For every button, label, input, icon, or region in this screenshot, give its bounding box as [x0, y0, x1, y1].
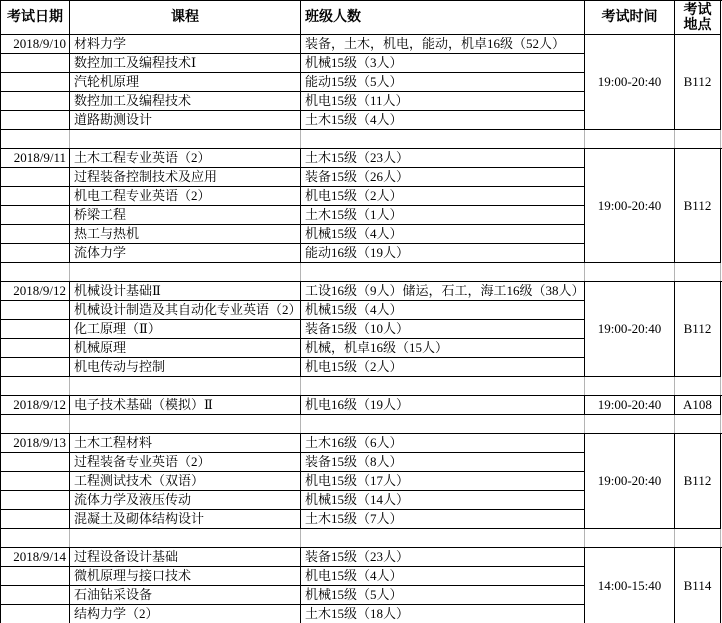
separator-cell — [1, 130, 70, 148]
table-row: 机电传动与控制机电15级（2人） — [1, 358, 585, 377]
exam-time-cell: 19:00-20:40 — [585, 434, 675, 529]
exam-location-cell: B114 — [675, 548, 721, 623]
class-size-cell: 机械15级（14人） — [301, 491, 585, 510]
course-cell: 道路勘测设计 — [70, 111, 301, 130]
header-class-size: 班级人数 — [301, 1, 585, 35]
date-cell — [1, 168, 70, 187]
date-cell: 2018/9/11 — [1, 149, 70, 168]
separator-cell — [70, 263, 301, 281]
course-cell: 汽轮机原理 — [70, 73, 301, 92]
course-cell: 机械设计制造及其自动化专业英语（2） — [70, 301, 301, 320]
class-size-cell: 装备15级（10人） — [301, 320, 585, 339]
date-cell: 2018/9/12 — [1, 282, 70, 301]
date-cell — [1, 358, 70, 377]
table-row: 2018/9/14过程设备设计基础装备15级（23人） — [1, 548, 585, 567]
course-cell: 石油钻采设备 — [70, 586, 301, 605]
class-size-cell: 机械15级（3人） — [301, 54, 585, 73]
date-cell: 2018/9/13 — [1, 434, 70, 453]
header-exam-location: 考试地点 — [675, 1, 721, 35]
separator-cell — [585, 529, 675, 547]
course-cell: 机械原理 — [70, 339, 301, 358]
exam-location-cell: B112 — [675, 35, 721, 130]
class-size-cell: 机电15级（4人） — [301, 567, 585, 586]
separator-cell — [1, 377, 70, 395]
exam-location-cell: A108 — [675, 396, 721, 415]
separator-cell — [675, 377, 721, 395]
date-cell — [1, 339, 70, 358]
separator-cell — [1, 415, 70, 433]
date-cell: 2018/9/12 — [1, 396, 70, 415]
exam-time-cell: 19:00-20:40 — [585, 282, 675, 377]
course-cell: 机电工程专业英语（2） — [70, 187, 301, 206]
date-cell — [1, 567, 70, 586]
exam-time-cell: 19:00-20:40 — [585, 149, 675, 263]
date-cell — [1, 225, 70, 244]
class-size-cell: 机械15级（4人） — [301, 225, 585, 244]
separator-cell — [301, 263, 585, 281]
date-block-2018-9-12: 2018/9/12电子技术基础（模拟）Ⅱ机电16级（19人）19:00-20:4… — [1, 396, 722, 415]
date-block-rows: 2018/9/13土木工程材料土木16级（6人）过程装备专业英语（2）装备15级… — [1, 434, 585, 529]
date-block-2018-9-11: 2018/9/11土木工程专业英语（2）土木15级（23人）过程装备控制技术及应… — [1, 149, 722, 263]
header-exam-location-label: 考试地点 — [683, 3, 713, 33]
table-header: 考试日期 课程 班级人数 考试时间 考试地点 — [1, 1, 722, 35]
course-cell: 机械设计基础Ⅱ — [70, 282, 301, 301]
separator-cell — [675, 415, 721, 433]
class-size-cell: 装备，土木，机电，能动，机卓16级（52人） — [301, 35, 585, 54]
table-row: 2018/9/13土木工程材料土木16级（6人） — [1, 434, 585, 453]
course-cell: 化工原理（Ⅱ） — [70, 320, 301, 339]
course-cell: 结构力学（2） — [70, 605, 301, 623]
exam-time-cell: 19:00-20:40 — [585, 396, 675, 415]
date-cell — [1, 453, 70, 472]
course-cell: 流体力学 — [70, 244, 301, 263]
class-size-cell: 土木15级（18人） — [301, 605, 585, 623]
class-size-cell: 机械15级（5人） — [301, 586, 585, 605]
table-row: 机械原理机械，机卓16级（15人） — [1, 339, 585, 358]
separator-cell — [585, 377, 675, 395]
course-cell: 数控加工及编程技术Ⅰ — [70, 54, 301, 73]
separator-cell — [585, 263, 675, 281]
date-cell — [1, 491, 70, 510]
separator-row — [1, 529, 722, 548]
class-size-cell: 土木15级（7人） — [301, 510, 585, 529]
course-cell: 过程设备设计基础 — [70, 548, 301, 567]
date-cell — [1, 586, 70, 605]
date-block-2018-9-12: 2018/9/12机械设计基础Ⅱ工设16级（9人）储运，石工，海工16级（38人… — [1, 282, 722, 377]
date-cell — [1, 206, 70, 225]
table-row: 2018/9/12机械设计基础Ⅱ工设16级（9人）储运，石工，海工16级（38人… — [1, 282, 585, 301]
separator-cell — [675, 130, 721, 148]
date-cell: 2018/9/10 — [1, 35, 70, 54]
class-size-cell: 能动16级（19人） — [301, 244, 585, 263]
date-cell — [1, 187, 70, 206]
table-row: 数控加工及编程技术Ⅰ机械15级（3人） — [1, 54, 585, 73]
course-cell: 机电传动与控制 — [70, 358, 301, 377]
table-row: 2018/9/11土木工程专业英语（2）土木15级（23人） — [1, 149, 585, 168]
class-size-cell: 机械，机卓16级（15人） — [301, 339, 585, 358]
class-size-cell: 土木16级（6人） — [301, 434, 585, 453]
course-cell: 数控加工及编程技术 — [70, 92, 301, 111]
separator-row — [1, 263, 722, 282]
exam-location-cell: B112 — [675, 434, 721, 529]
table-row: 石油钻采设备机械15级（5人） — [1, 586, 585, 605]
course-cell: 过程装备控制技术及应用 — [70, 168, 301, 187]
class-size-cell: 工设16级（9人）储运，石工，海工16级（38人） — [301, 282, 585, 301]
exam-location-cell: B112 — [675, 149, 721, 263]
class-size-cell: 土木15级（1人） — [301, 206, 585, 225]
date-block-2018-9-14: 2018/9/14过程设备设计基础装备15级（23人）微机原理与接口技术机电15… — [1, 548, 722, 623]
date-cell — [1, 320, 70, 339]
date-cell — [1, 605, 70, 623]
course-cell: 微机原理与接口技术 — [70, 567, 301, 586]
class-size-cell: 能动15级（5人） — [301, 73, 585, 92]
date-cell — [1, 54, 70, 73]
header-exam-date: 考试日期 — [1, 1, 70, 35]
date-block-2018-9-10: 2018/9/10材料力学装备，土木，机电，能动，机卓16级（52人）数控加工及… — [1, 35, 722, 130]
separator-cell — [301, 130, 585, 148]
class-size-cell: 机电15级（2人） — [301, 187, 585, 206]
separator-cell — [675, 263, 721, 281]
separator-row — [1, 130, 722, 149]
date-cell — [1, 510, 70, 529]
course-cell: 工程测试技术（双语） — [70, 472, 301, 491]
class-size-cell: 机电15级（11人） — [301, 92, 585, 111]
table-row: 流体力学及液压传动机械15级（14人） — [1, 491, 585, 510]
date-cell — [1, 92, 70, 111]
table-row: 数控加工及编程技术机电15级（11人） — [1, 92, 585, 111]
separator-cell — [301, 415, 585, 433]
separator-cell — [70, 415, 301, 433]
class-size-cell: 机电15级（17人） — [301, 472, 585, 491]
date-cell — [1, 73, 70, 92]
separator-cell — [301, 529, 585, 547]
course-cell: 过程装备专业英语（2） — [70, 453, 301, 472]
course-cell: 流体力学及液压传动 — [70, 491, 301, 510]
table-row: 工程测试技术（双语）机电15级（17人） — [1, 472, 585, 491]
separator-cell — [70, 130, 301, 148]
date-block-2018-9-13: 2018/9/13土木工程材料土木16级（6人）过程装备专业英语（2）装备15级… — [1, 434, 722, 529]
date-block-rows: 2018/9/14过程设备设计基础装备15级（23人）微机原理与接口技术机电15… — [1, 548, 585, 623]
table-row: 结构力学（2）土木15级（18人） — [1, 605, 585, 623]
class-size-cell: 装备15级（23人） — [301, 548, 585, 567]
course-cell: 土木工程专业英语（2） — [70, 149, 301, 168]
separator-cell — [675, 529, 721, 547]
table-row: 微机原理与接口技术机电15级（4人） — [1, 567, 585, 586]
table-row: 流体力学能动16级（19人） — [1, 244, 585, 263]
date-block-rows: 2018/9/12机械设计基础Ⅱ工设16级（9人）储运，石工，海工16级（38人… — [1, 282, 585, 377]
table-row: 机电工程专业英语（2）机电15级（2人） — [1, 187, 585, 206]
table-row: 热工与热机机械15级（4人） — [1, 225, 585, 244]
table-body: 2018/9/10材料力学装备，土木，机电，能动，机卓16级（52人）数控加工及… — [1, 35, 722, 623]
class-size-cell: 土木15级（23人） — [301, 149, 585, 168]
separator-cell — [1, 529, 70, 547]
exam-time-cell: 19:00-20:40 — [585, 35, 675, 130]
table-row: 2018/9/12电子技术基础（模拟）Ⅱ机电16级（19人） — [1, 396, 585, 415]
course-cell: 电子技术基础（模拟）Ⅱ — [70, 396, 301, 415]
date-cell: 2018/9/14 — [1, 548, 70, 567]
table-row: 过程装备控制技术及应用装备15级（26人） — [1, 168, 585, 187]
course-cell: 材料力学 — [70, 35, 301, 54]
date-cell — [1, 111, 70, 130]
class-size-cell: 机电16级（19人） — [301, 396, 585, 415]
date-cell — [1, 301, 70, 320]
date-block-rows: 2018/9/10材料力学装备，土木，机电，能动，机卓16级（52人）数控加工及… — [1, 35, 585, 130]
class-size-cell: 机电15级（2人） — [301, 358, 585, 377]
separator-cell — [301, 377, 585, 395]
header-course: 课程 — [70, 1, 301, 35]
class-size-cell: 装备15级（8人） — [301, 453, 585, 472]
separator-row — [1, 377, 722, 396]
table-row: 2018/9/10材料力学装备，土木，机电，能动，机卓16级（52人） — [1, 35, 585, 54]
table-row: 化工原理（Ⅱ）装备15级（10人） — [1, 320, 585, 339]
table-row: 道路勘测设计土木15级（4人） — [1, 111, 585, 130]
class-size-cell: 机械15级（4人） — [301, 301, 585, 320]
header-exam-time: 考试时间 — [585, 1, 675, 35]
table-row: 过程装备专业英语（2）装备15级（8人） — [1, 453, 585, 472]
course-cell: 热工与热机 — [70, 225, 301, 244]
exam-time-cell: 14:00-15:40 — [585, 548, 675, 623]
course-cell: 桥梁工程 — [70, 206, 301, 225]
exam-schedule-table: 考试日期 课程 班级人数 考试时间 考试地点 2018/9/10材料力学装备，土… — [0, 0, 722, 623]
date-cell — [1, 244, 70, 263]
table-row: 桥梁工程土木15级（1人） — [1, 206, 585, 225]
table-row: 机械设计制造及其自动化专业英语（2）机械15级（4人） — [1, 301, 585, 320]
date-cell — [1, 472, 70, 491]
separator-row — [1, 415, 722, 434]
course-cell: 土木工程材料 — [70, 434, 301, 453]
class-size-cell: 土木15级（4人） — [301, 111, 585, 130]
date-block-rows: 2018/9/12电子技术基础（模拟）Ⅱ机电16级（19人） — [1, 396, 585, 415]
separator-cell — [585, 415, 675, 433]
course-cell: 混凝土及砌体结构设计 — [70, 510, 301, 529]
table-row: 混凝土及砌体结构设计土木15级（7人） — [1, 510, 585, 529]
separator-cell — [585, 130, 675, 148]
separator-cell — [70, 377, 301, 395]
exam-location-cell: B112 — [675, 282, 721, 377]
separator-cell — [1, 263, 70, 281]
class-size-cell: 装备15级（26人） — [301, 168, 585, 187]
table-row: 汽轮机原理能动15级（5人） — [1, 73, 585, 92]
separator-cell — [70, 529, 301, 547]
date-block-rows: 2018/9/11土木工程专业英语（2）土木15级（23人）过程装备控制技术及应… — [1, 149, 585, 263]
